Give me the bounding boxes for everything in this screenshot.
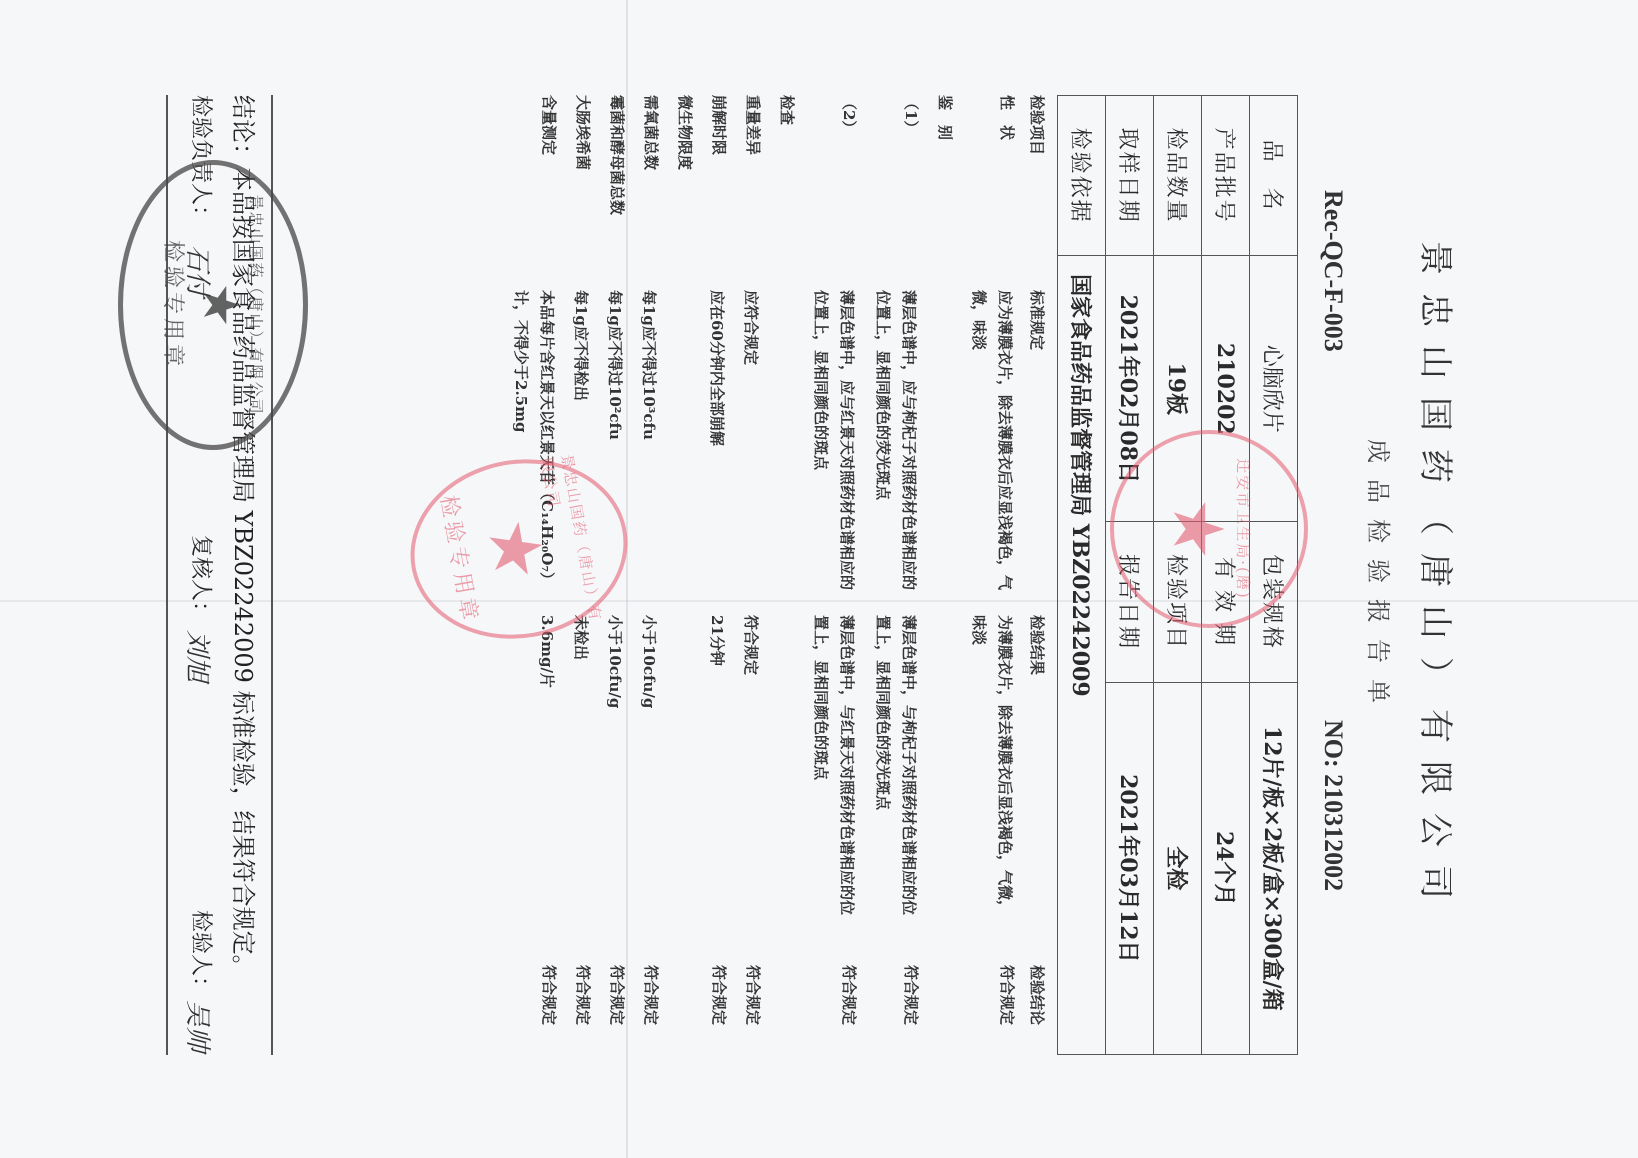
form-code: Rec-QC-F-003 bbox=[1318, 190, 1348, 352]
cell-standard: 薄层色谱中，应与红景天对照药材色谱相应的位置上，显相同颜色的斑点 bbox=[808, 290, 860, 600]
report-number: NO: 210312002 bbox=[1318, 720, 1348, 891]
table-row: 重量差异应符合规定符合规定符合规定 bbox=[736, 95, 764, 1055]
col-header-standard: 标准规定 bbox=[1027, 290, 1048, 350]
cell-item: 需氧菌总数 bbox=[641, 95, 662, 295]
package-spec: 12片/板×2板/盒×300盒/箱 bbox=[1250, 682, 1298, 1054]
cell-item: 大肠埃希菌 bbox=[573, 95, 594, 295]
col-header-result: 检验结果 bbox=[1027, 615, 1048, 675]
gray-inspection-seal: 景忠山国药（唐山）有限公司 ★ 检验专用章 bbox=[118, 160, 308, 450]
cell-item: 含量测定 bbox=[539, 95, 560, 295]
reviewer-signature: 刘旭 bbox=[181, 630, 218, 682]
label-product-name: 品 名 bbox=[1250, 96, 1298, 256]
inspector-label: 检验人： bbox=[187, 910, 218, 998]
cell-standard: 每1g应不得过10³cfu bbox=[636, 290, 662, 600]
table-row: 鉴 别 bbox=[928, 95, 956, 1055]
inspector-signature: 吴帅 bbox=[181, 1000, 218, 1052]
cell-conclusion: 符合规定 bbox=[573, 965, 594, 1065]
cell-result: 21分钟 bbox=[704, 615, 730, 920]
cell-standard: 应为薄膜衣片，除去薄膜衣后应显浅褐色，气微，味淡 bbox=[966, 290, 1018, 600]
cell-result: 小于10cfu/g bbox=[602, 615, 628, 920]
cell-conclusion: 符合规定 bbox=[539, 965, 560, 1065]
cell-item: 崩解时限 bbox=[709, 95, 730, 295]
label-batch-no: 产品批号 bbox=[1202, 96, 1250, 256]
cell-item: （2） bbox=[839, 95, 860, 295]
table-row: 微生物限度 bbox=[668, 95, 696, 1055]
cell-conclusion: 符合规定 bbox=[743, 965, 764, 1065]
cell-item: （1） bbox=[901, 95, 922, 295]
cell-conclusion: 符合规定 bbox=[839, 965, 860, 1065]
table-row: 需氧菌总数每1g应不得过10³cfu小于10cfu/g符合规定 bbox=[634, 95, 662, 1055]
cell-result: 3.6mg/片 bbox=[534, 615, 560, 920]
cell-item: 重量差异 bbox=[743, 95, 764, 295]
cell-conclusion: 符合规定 bbox=[607, 965, 628, 1065]
table-row: （2）薄层色谱中，应与红景天对照药材色谱相应的位置上，显相同颜色的斑点薄层色谱中… bbox=[832, 95, 860, 1055]
table-row: 崩解时限应在60分钟内全部崩解21分钟符合规定 bbox=[702, 95, 730, 1055]
reviewer-label: 复核人： bbox=[187, 535, 218, 623]
report-date: 2021年03月12日 bbox=[1106, 682, 1154, 1054]
cell-conclusion: 符合规定 bbox=[709, 965, 730, 1065]
cell-item: 检查 bbox=[777, 95, 798, 295]
table-row: 检查 bbox=[770, 95, 798, 1055]
seal-label: 检验专用章 bbox=[159, 240, 190, 370]
cell-result: 薄层色谱中，与红景天对照药材色谱相应的位置上，显相同颜色的斑点 bbox=[808, 615, 860, 920]
cell-result: 小于10cfu/g bbox=[636, 615, 662, 920]
cell-item: 鉴 别 bbox=[935, 95, 956, 295]
col-header-item: 检验项目 bbox=[1027, 95, 1048, 155]
table-row: 性 状应为薄膜衣片，除去薄膜衣后应显浅褐色，气微，味淡为薄膜衣片，除去薄膜衣后显… bbox=[990, 95, 1018, 1055]
star-icon: ★ bbox=[196, 283, 246, 328]
cell-item: 微生物限度 bbox=[675, 95, 696, 295]
company-name: 景忠山国药（唐山）有限公司 bbox=[1414, 0, 1463, 1158]
col-header-conclusion: 检验结论 bbox=[1027, 965, 1048, 1025]
cell-conclusion: 符合规定 bbox=[997, 965, 1018, 1065]
cell-conclusion: 符合规定 bbox=[901, 965, 922, 1065]
document-title: 成品检验报告单 bbox=[1363, 0, 1398, 1158]
red-official-seal: 迁安市卫生局·(磨) ★ bbox=[1110, 430, 1308, 628]
cell-result: 未检出 bbox=[568, 615, 594, 920]
expiry: 24个月 bbox=[1202, 682, 1250, 1054]
test-basis: 国家食品药品监督管理局 YBZ02242009 bbox=[1058, 256, 1106, 1055]
cell-result: 符合规定 bbox=[738, 615, 764, 920]
cell-result: 为薄膜衣片，除去薄膜衣后显浅褐色，气微，味淡 bbox=[966, 615, 1018, 920]
label-sampling-date: 取样日期 bbox=[1106, 96, 1154, 256]
scanned-inspection-report: 景忠山国药（唐山）有限公司 成品检验报告单 Rec-QC-F-003 NO: 2… bbox=[0, 0, 1638, 1158]
cell-standard: 应符合规定 bbox=[738, 290, 764, 600]
label-sample-qty: 检品数量 bbox=[1154, 96, 1202, 256]
star-icon: ★ bbox=[477, 512, 557, 586]
star-icon: ★ bbox=[1164, 498, 1234, 561]
test-items: 全检 bbox=[1154, 682, 1202, 1054]
label-basis: 检验依据 bbox=[1058, 96, 1106, 256]
table-row: （1）薄层色谱中，应与枸杞子对照药材色谱相应的位置上，显相同颜色的荧光斑点薄层色… bbox=[894, 95, 922, 1055]
cell-conclusion: 符合规定 bbox=[641, 965, 662, 1065]
cell-item: 霉菌和酵母菌总数 bbox=[607, 95, 628, 295]
cell-item: 性 状 bbox=[997, 95, 1018, 295]
cell-standard: 应在60分钟内全部崩解 bbox=[704, 290, 730, 600]
cell-standard: 薄层色谱中，应与枸杞子对照药材色谱相应的位置上，显相同颜色的荧光斑点 bbox=[870, 290, 922, 600]
cell-result: 薄层色谱中，与枸杞子对照药材色谱相应的位置上，显相同颜色的荧光斑点 bbox=[870, 615, 922, 920]
